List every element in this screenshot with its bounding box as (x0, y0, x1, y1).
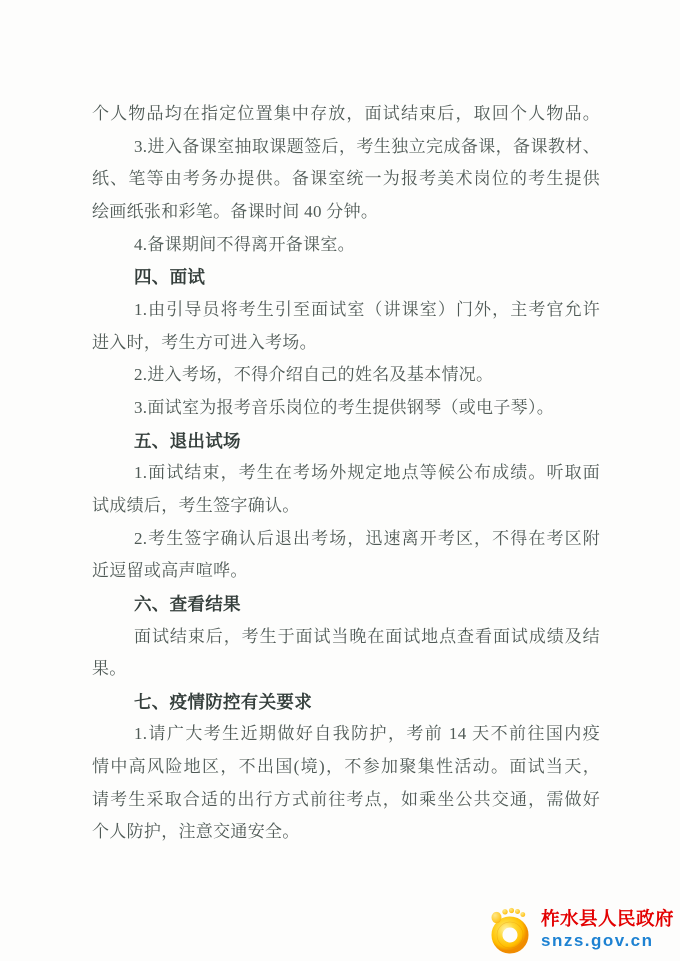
document-line: 3.进入备课室抽取课题签后，考生独立完成备课，备课教材、 (92, 131, 600, 164)
document-line: 3.面试室为报考音乐岗位的考生提供钢琴（或电子琴）。 (92, 392, 600, 425)
footprint-icon (486, 904, 534, 956)
gov-site-text: 柞水县人民政府 snzs.gov.cn (541, 910, 674, 951)
document-line: 1.请广大考生近期做好自我防护，考前 14 天不前往国内疫 (92, 718, 600, 751)
document-line: 情中高风险地区，不出国(境)，不参加聚集性活动。面试当天， (92, 751, 600, 784)
document-line: 1.面试结束，考生在考场外规定地点等候公布成绩。听取面 (92, 457, 600, 490)
gov-site-logo: 柞水县人民政府 snzs.gov.cn (486, 904, 674, 956)
document-line: 请考生采取合适的出行方式前往考点，如乘坐公共交通，需做好 (92, 784, 600, 817)
document-line: 进入时，考生方可进入考场。 (92, 327, 600, 360)
document-line: 个人物品均在指定位置集中存放，面试结束后，取回个人物品。 (92, 98, 600, 131)
section-heading: 七、疫情防控有关要求 (92, 686, 600, 719)
section-heading: 六、查看结果 (92, 588, 600, 621)
document-page: 个人物品均在指定位置集中存放，面试结束后，取回个人物品。3.进入备课室抽取课题签… (0, 0, 680, 961)
document-line: 2.考生签字确认后退出考场，迅速离开考区，不得在考区附 (92, 523, 600, 556)
document-line: 面试结束后，考生于面试当晚在面试地点查看面试成绩及结 (92, 621, 600, 654)
document-line: 4.备课期间不得离开备课室。 (92, 229, 600, 262)
document-line: 果。 (92, 653, 600, 686)
document-body: 个人物品均在指定位置集中存放，面试结束后，取回个人物品。3.进入备课室抽取课题签… (92, 98, 600, 849)
gov-site-name: 柞水县人民政府 (541, 910, 674, 931)
document-line: 纸、笔等由考务办提供。备课室统一为报考美术岗位的考生提供 (92, 163, 600, 196)
section-heading: 四、面试 (92, 261, 600, 294)
document-line: 个人防护，注意交通安全。 (92, 816, 600, 849)
document-line: 2.进入考场，不得介绍自己的姓名及基本情况。 (92, 359, 600, 392)
document-line: 近逗留或高声喧哗。 (92, 555, 600, 588)
document-line: 绘画纸张和彩笔。备课时间 40 分钟。 (92, 196, 600, 229)
section-heading: 五、退出试场 (92, 425, 600, 458)
document-line: 1.由引导员将考生引至面试室（讲课室）门外，主考官允许 (92, 294, 600, 327)
document-line: 试成绩后，考生签字确认。 (92, 490, 600, 523)
gov-site-domain: snzs.gov.cn (541, 931, 674, 951)
